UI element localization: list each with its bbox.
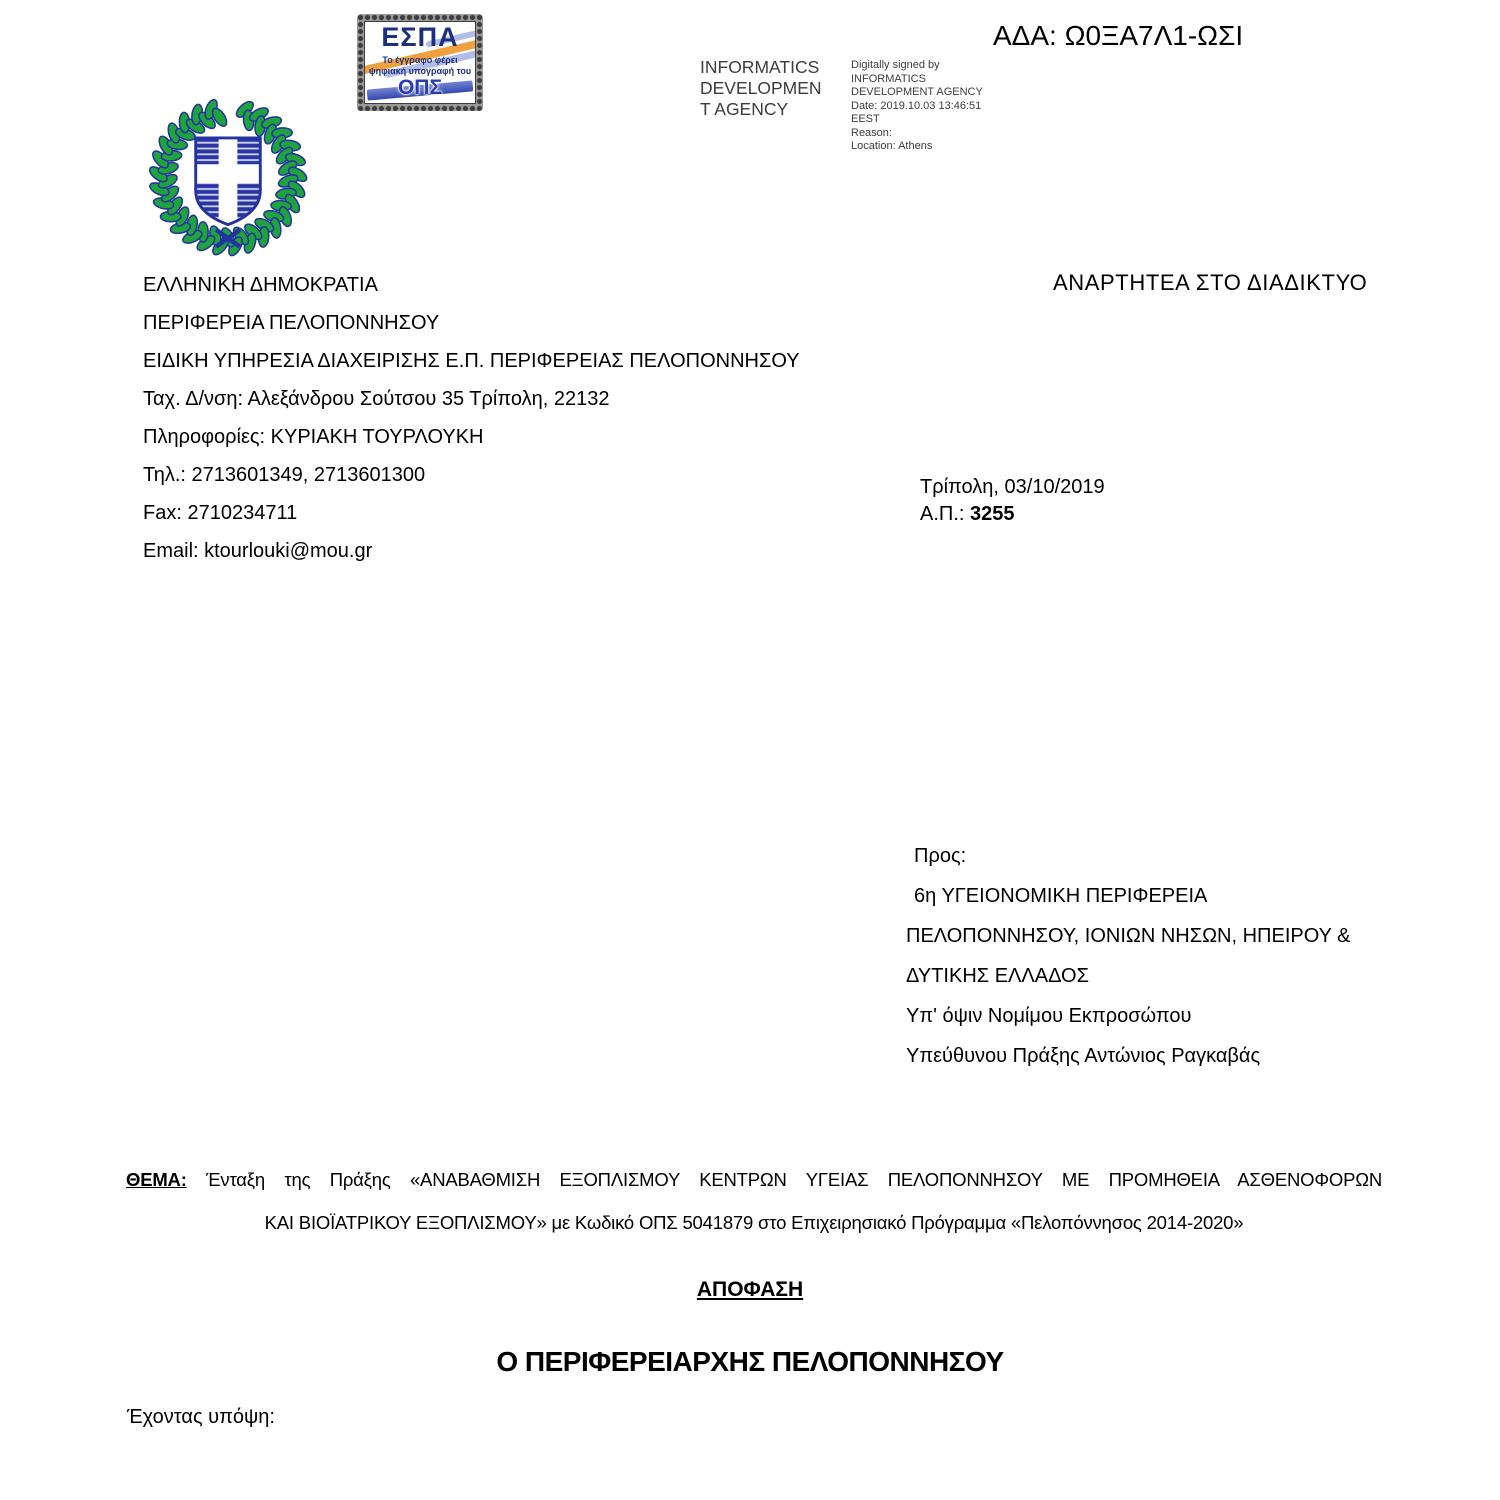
- preamble-text: Έχοντας υπόψη:: [127, 1406, 275, 1429]
- espa-title: ΕΣΠΑ: [365, 22, 475, 53]
- sender-line: Τηλ.: 2713601349, 2713601300: [143, 456, 800, 494]
- authority-heading: Ο ΠΕΡΙΦΕΡΕΙΑΡΧΗΣ ΠΕΛΟΠΟΝΝΗΣΟΥ: [0, 1346, 1500, 1378]
- sender-line: ΠΕΡΙΦΕΡΕΙΑ ΠΕΛΟΠΟΝΝΗΣΟΥ: [143, 304, 800, 342]
- espa-ops-label: ΟΠΣ: [365, 76, 475, 100]
- posted-notice: ΑΝΑΡΤΗΤΕΑ ΣΤΟ ΔΙΑΔΙΚΤΥΟ: [1053, 270, 1367, 296]
- sender-line: Πληροφορίες: ΚΥΡΙΑΚΗ ΤΟΥΡΛΟΥΚΗ: [143, 418, 800, 456]
- subject-line2: ΚΑΙ ΒΙΟΪΑΤΡΙΚΟΥ ΕΞΟΠΛΙΣΜΟΥ» με Κωδικό ΟΠ…: [126, 1201, 1382, 1244]
- sender-line: ΕΙΔΙΚΗ ΥΠΗΡΕΣΙΑ ΔΙΑΧΕΙΡΙΣΗΣ Ε.Π. ΠΕΡΙΦΕΡ…: [143, 342, 800, 380]
- subject-line1: ΘΕΜΑ: Ένταξη της Πράξης «ΑΝΑΒΑΘΜΙΣΗ ΕΞΟΠ…: [126, 1158, 1382, 1201]
- espa-stamp-inner: ΕΣΠΑ Το έγγραφο φέρει ψηφιακή υπογραφή τ…: [364, 21, 476, 104]
- subject-line1-text: Ένταξη της Πράξης «ΑΝΑΒΑΘΜΙΣΗ ΕΞΟΠΛΙΣΜΟΥ…: [206, 1169, 1382, 1190]
- sender-line: Email: ktourlouki@mou.gr: [143, 532, 800, 570]
- recipient-block: Προς: 6η ΥΓΕΙΟΝΟΜΙΚΗ ΠΕΡΙΦΕΡΕΙΑ ΠΕΛΟΠΟΝΝ…: [906, 836, 1351, 1076]
- espa-caption-line1: Το έγγραφο φέρει: [365, 55, 475, 65]
- greek-emblem-icon: [143, 92, 313, 262]
- ada-code: ΑΔΑ: Ω0ΞΑ7Λ1-ΩΣΙ: [993, 20, 1243, 52]
- recipient-line: ΠΕΛΟΠΟΝΝΗΣΟΥ, ΙΟΝΙΩΝ ΝΗΣΩΝ, ΗΠΕΙΡΟΥ &: [906, 916, 1351, 956]
- sender-line: ΕΛΛΗΝΙΚΗ ΔΗΜΟΚΡΑΤΙΑ: [143, 266, 800, 304]
- sender-line: Ταχ. Δ/νση: Αλεξάνδρου Σούτσου 35 Τρίπολ…: [143, 380, 800, 418]
- signature-details: Digitally signed by INFORMATICS DEVELOPM…: [851, 59, 1011, 154]
- decision-heading: ΑΠΟΦΑΣΗ: [0, 1278, 1500, 1302]
- recipient-line: Προς:: [906, 836, 1351, 876]
- recipient-line: ΔΥΤΙΚΗΣ ΕΛΛΑΔΟΣ: [906, 956, 1351, 996]
- protocol-line: Α.Π.: 3255: [920, 501, 1105, 528]
- shield-icon: [196, 138, 261, 228]
- recipient-line: Υπ' όψιν Νομίμου Εκπροσώπου: [906, 996, 1351, 1036]
- sender-line: Fax: 2710234711: [143, 494, 800, 532]
- protocol-label: Α.Π.:: [920, 503, 964, 525]
- signature-signer-name: INFORMATICS DEVELOPMEN T AGENCY: [700, 57, 850, 120]
- subject-label: ΘΕΜΑ:: [126, 1169, 187, 1190]
- espa-stamp-icon: ΕΣΠΑ Το έγγραφο φέρει ψηφιακή υπογραφή τ…: [357, 14, 483, 111]
- document-page: ΕΣΠΑ Το έγγραφο φέρει ψηφιακή υπογραφή τ…: [0, 0, 1500, 1500]
- date-protocol-block: Τρίπολη, 03/10/2019 Α.Π.: 3255: [920, 474, 1105, 528]
- recipient-line: 6η ΥΓΕΙΟΝΟΜΙΚΗ ΠΕΡΙΦΕΡΕΙΑ: [906, 876, 1351, 916]
- recipient-line: Υπεύθυνου Πράξης Αντώνιος Ραγκαβάς: [906, 1036, 1351, 1076]
- subject-block: ΘΕΜΑ: Ένταξη της Πράξης «ΑΝΑΒΑΘΜΙΣΗ ΕΞΟΠ…: [126, 1158, 1382, 1244]
- espa-caption-line2: ψηφιακή υπογραφή του: [365, 66, 475, 76]
- place-date: Τρίπολη, 03/10/2019: [920, 474, 1105, 501]
- sender-block: ΕΛΛΗΝΙΚΗ ΔΗΜΟΚΡΑΤΙΑ ΠΕΡΙΦΕΡΕΙΑ ΠΕΛΟΠΟΝΝΗ…: [143, 266, 800, 570]
- protocol-number: 3255: [970, 503, 1015, 525]
